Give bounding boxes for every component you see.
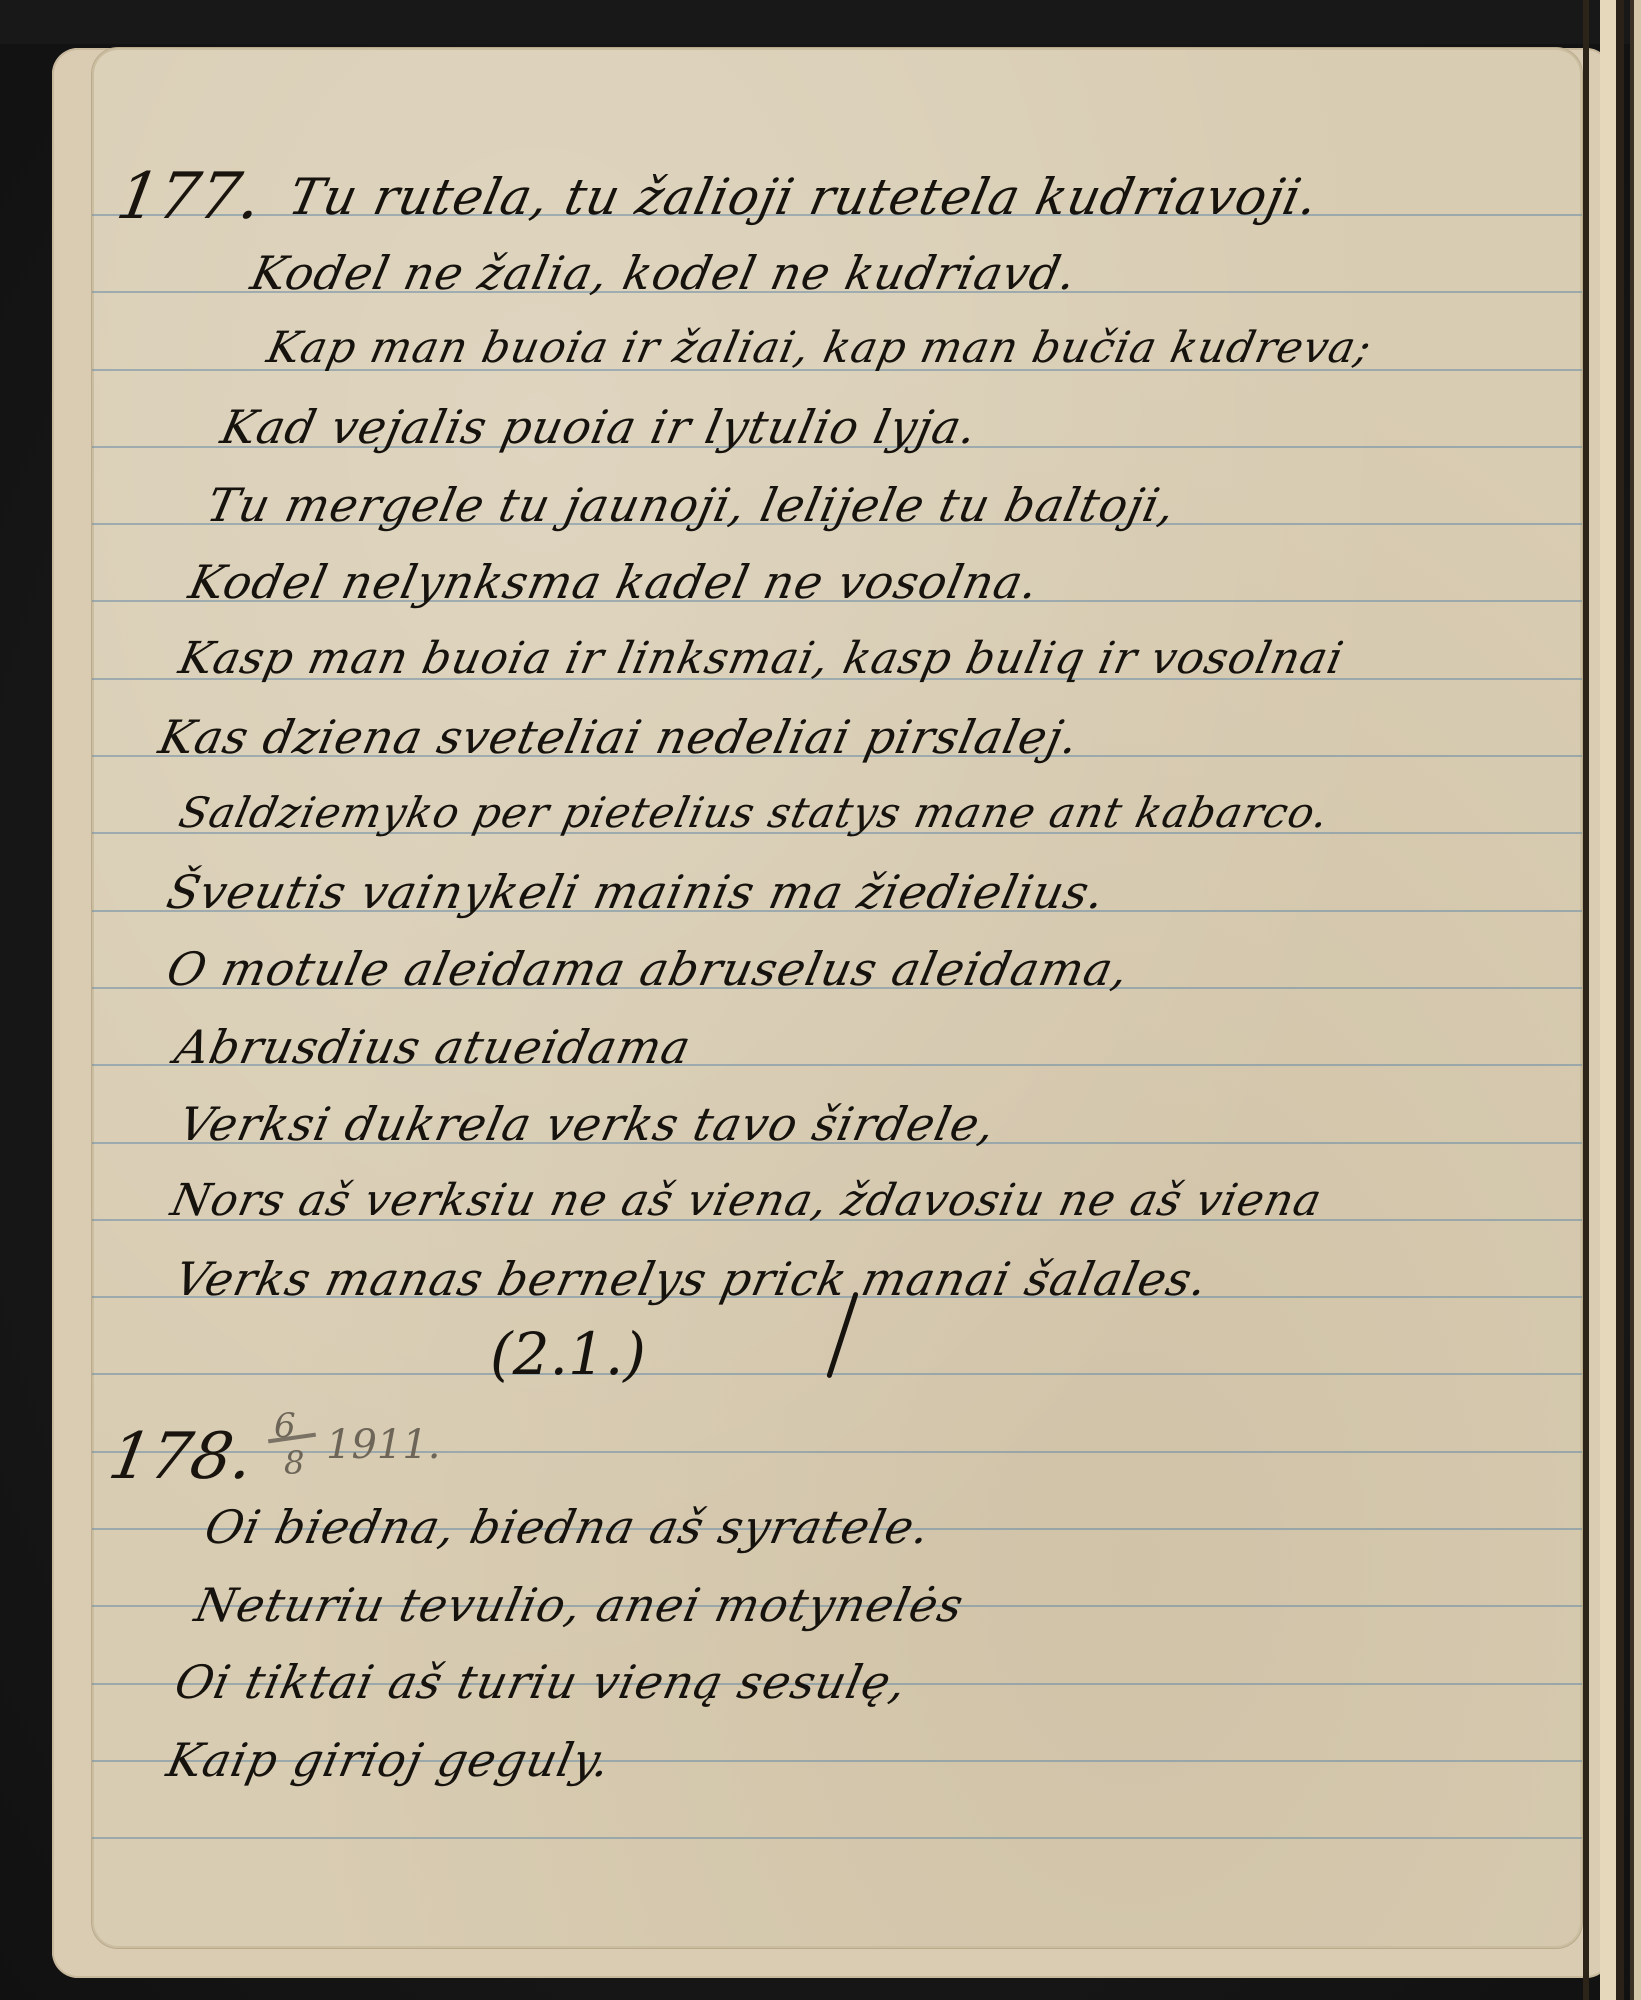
ruled-line <box>92 1837 1582 1839</box>
song-line: Neturiu tevulio, anei motynelės <box>190 1578 968 1632</box>
adjacent-page-edge <box>1634 0 1641 2000</box>
song-line: Verksi dukrela verks tavo širdele, <box>174 1097 1000 1151</box>
song-line: Kasp man buoia ir linksmai, kasp buliq i… <box>175 633 1349 684</box>
song-number: 178. <box>103 1420 259 1494</box>
song-line: Kodel ne žalia, kodel ne kudriavd. <box>246 246 1082 300</box>
date-month: 8 <box>284 1444 304 1482</box>
song-line: Nors aš verksiu ne aš viena, ždavosiu ne… <box>167 1175 1327 1226</box>
song-line: Kas dziena sveteliai nedeliai pirslalej. <box>154 710 1084 764</box>
song-line: Oi tiktai aš turiu vieną sesulę, <box>170 1655 912 1709</box>
ruled-line <box>92 1451 1582 1453</box>
song-line: Tu rutela, tu žalioji rutetela kudriavoj… <box>284 168 1324 226</box>
binding-edge <box>1583 0 1589 2000</box>
ruled-line <box>92 1373 1582 1375</box>
song-line: Oi biedna, biedna aš syratele. <box>200 1500 935 1554</box>
song-line: O motule aleidama abruselus aleidama, <box>162 942 1134 996</box>
binding-edge <box>1616 0 1624 2000</box>
song-line: Kaip girioj geguly. <box>162 1733 615 1787</box>
top-shadow-edge <box>0 0 1641 44</box>
song-line: Šveutis vainykeli mainis ma žiedielius. <box>162 865 1110 919</box>
song-reference: (2.1.) <box>490 1320 646 1388</box>
song-line: Abrusdius atueidama <box>170 1020 696 1074</box>
song-line: Kad vejalis puoia ir lytulio lyja. <box>216 400 982 454</box>
song-number: 177. <box>111 160 267 234</box>
date-year: 1911. <box>326 1422 441 1468</box>
song-line: Kodel nelynksma kadel ne vosolna. <box>184 555 1044 609</box>
song-line: Saldziemyko per pietelius statys mane an… <box>175 788 1334 837</box>
song-line: Kap man buoia ir žaliai, kap man bučia k… <box>263 323 1377 373</box>
song-line: Verks manas bernelys prick manai šalales… <box>170 1252 1213 1306</box>
song-line: Tu mergele tu jaunoji, lelijele tu balto… <box>202 478 1181 532</box>
